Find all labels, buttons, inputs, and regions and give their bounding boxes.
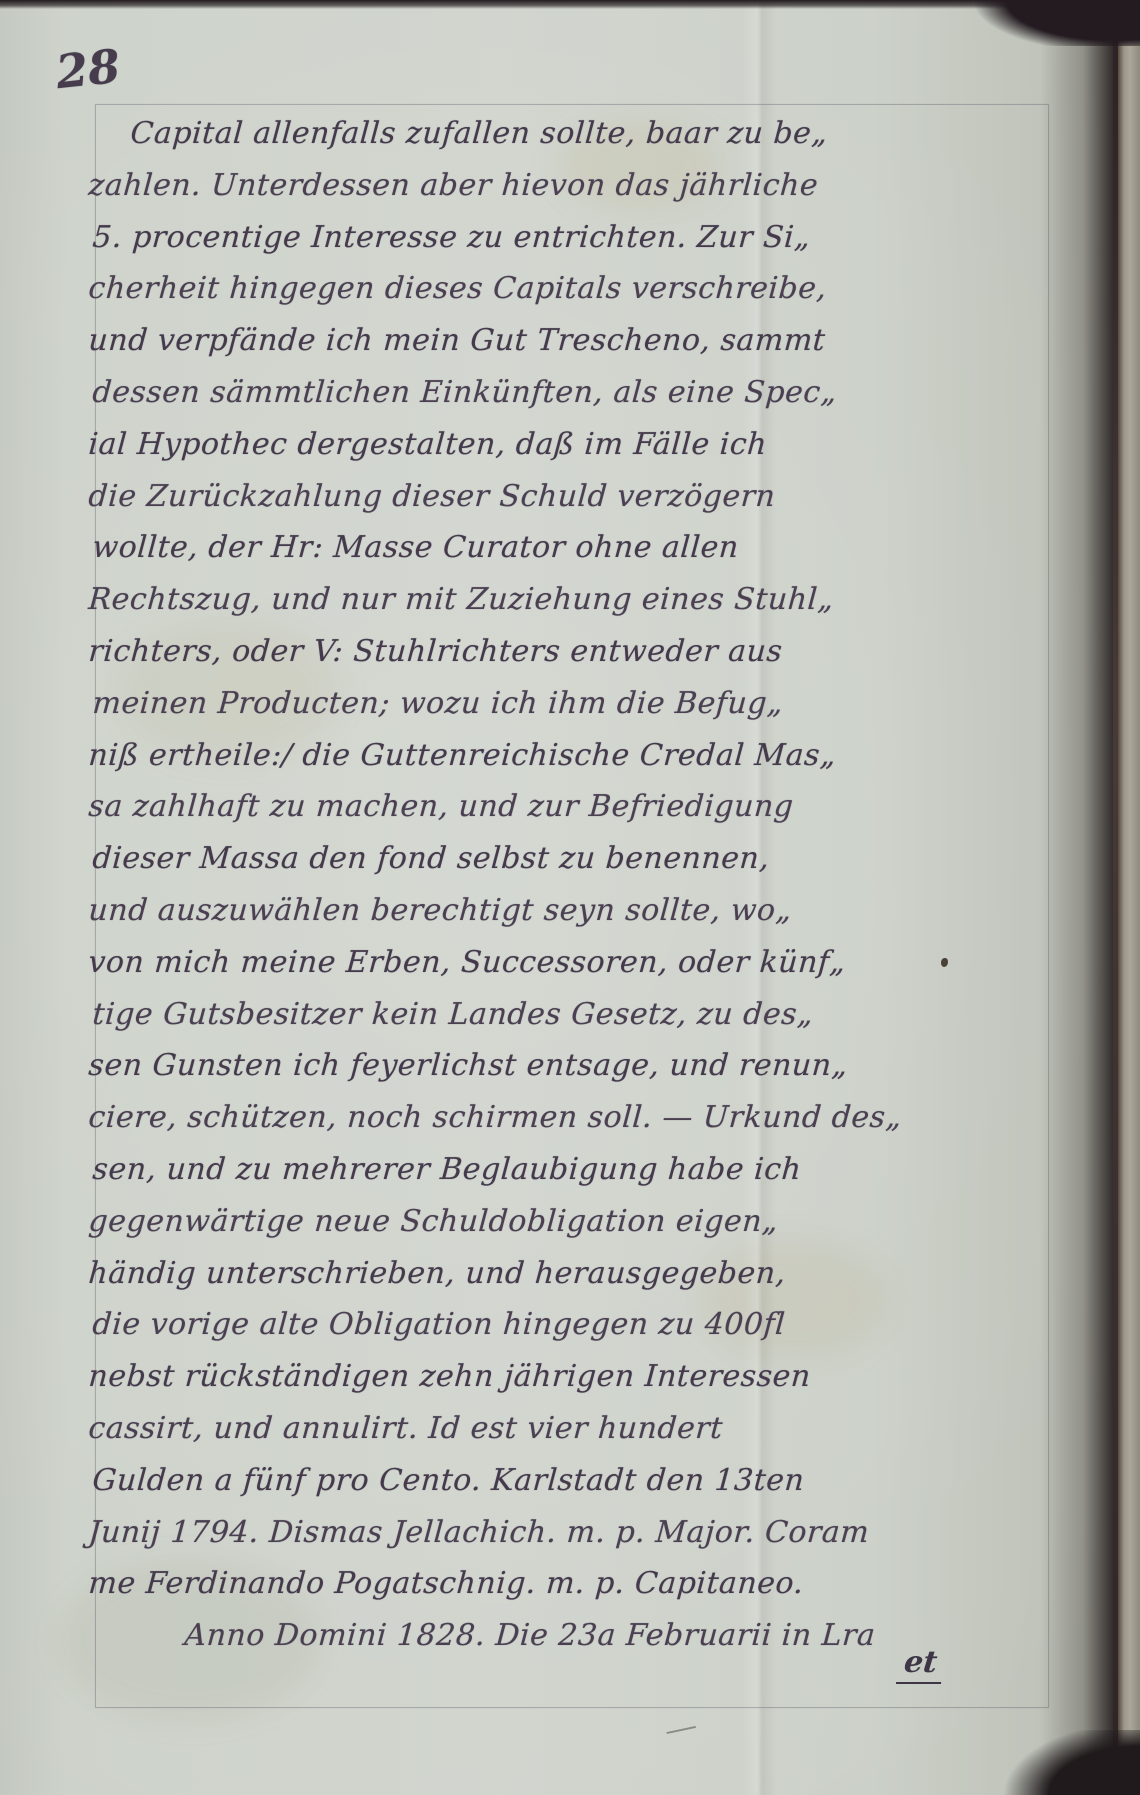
manuscript-line: meinen Producten; wozu ich ihm die Befug… bbox=[86, 686, 1055, 738]
manuscript-line: ial Hypothec dergestalten, daß im Fälle … bbox=[86, 427, 1055, 479]
manuscript-line: Rechtszug, und nur mit Zuziehung eines S… bbox=[86, 582, 1055, 634]
manuscript-line: Gulden a fünf pro Cento. Karlstadt den 1… bbox=[86, 1463, 1055, 1515]
scan-top-edge bbox=[0, 0, 1140, 9]
manuscript-line: und verpfände ich mein Gut Trescheno, sa… bbox=[86, 323, 1055, 375]
manuscript-line: die Zurückzahlung dieser Schuld verzöger… bbox=[86, 479, 1055, 531]
page-number: 28 bbox=[53, 39, 122, 99]
manuscript-line: Capital allenfalls zufallen sollte, baar… bbox=[86, 116, 1055, 168]
next-page-edge bbox=[1118, 0, 1140, 1795]
manuscript-line: die vorige alte Obligation hingegen zu 4… bbox=[86, 1307, 1055, 1359]
manuscript-lines: Capital allenfalls zufallen sollte, baar… bbox=[88, 116, 1053, 1670]
manuscript-line: nebst rückständigen zehn jährigen Intere… bbox=[86, 1359, 1055, 1411]
manuscript-line: 5. procentige Interesse zu entrichten. Z… bbox=[86, 220, 1055, 272]
binding-gutter-shadow bbox=[1040, 0, 1118, 1795]
manuscript-line: händig unterschrieben, und herausgegeben… bbox=[86, 1256, 1055, 1308]
manuscript-line: dessen sämmtlichen Einkünften, als eine … bbox=[86, 375, 1055, 427]
catchword: et bbox=[896, 1645, 945, 1684]
manuscript-line: cherheit hingegen dieses Capitals versch… bbox=[86, 271, 1055, 323]
manuscript-line: sen Gunsten ich feyerlichst entsage, und… bbox=[86, 1048, 1055, 1100]
manuscript-line: Junij 1794. Dismas Jellachich. m. p. Maj… bbox=[86, 1515, 1055, 1567]
manuscript-line: von mich meine Erben, Successoren, oder … bbox=[86, 945, 1055, 997]
manuscript-line: dieser Massa den fond selbst zu benennen… bbox=[86, 841, 1055, 893]
manuscript-line: wollte, der Hr: Masse Curator ohne allen bbox=[86, 530, 1055, 582]
binding-corner-top bbox=[975, 0, 1140, 46]
manuscript-line: tige Gutsbesitzer kein Landes Gesetz, zu… bbox=[86, 997, 1055, 1049]
manuscript-scan: 28 Capital allenfalls zufallen sollte, b… bbox=[0, 0, 1140, 1795]
manuscript-line: gegenwärtige neue Schuldobligation eigen… bbox=[86, 1204, 1055, 1256]
manuscript-line: sa zahlhaft zu machen, und zur Befriedig… bbox=[86, 789, 1055, 841]
manuscript-line: ciere, schützen, noch schirmen soll. — U… bbox=[86, 1100, 1055, 1152]
manuscript-line: zahlen. Unterdessen aber hievon das jähr… bbox=[86, 168, 1055, 220]
manuscript-line: niß ertheile:/ die Guttenreichische Cred… bbox=[86, 738, 1055, 790]
manuscript-line: sen, und zu mehrerer Beglaubigung habe i… bbox=[86, 1152, 1055, 1204]
manuscript-line: und auszuwählen berechtigt seyn sollte, … bbox=[86, 893, 1055, 945]
binding-corner-bottom bbox=[1000, 1730, 1140, 1795]
manuscript-line: me Ferdinando Pogatschnig. m. p. Capitan… bbox=[86, 1566, 1055, 1618]
manuscript-line: cassirt, und annulirt. Id est vier hunde… bbox=[86, 1411, 1055, 1463]
manuscript-line: richters, oder V: Stuhlrichters entweder… bbox=[86, 634, 1055, 686]
